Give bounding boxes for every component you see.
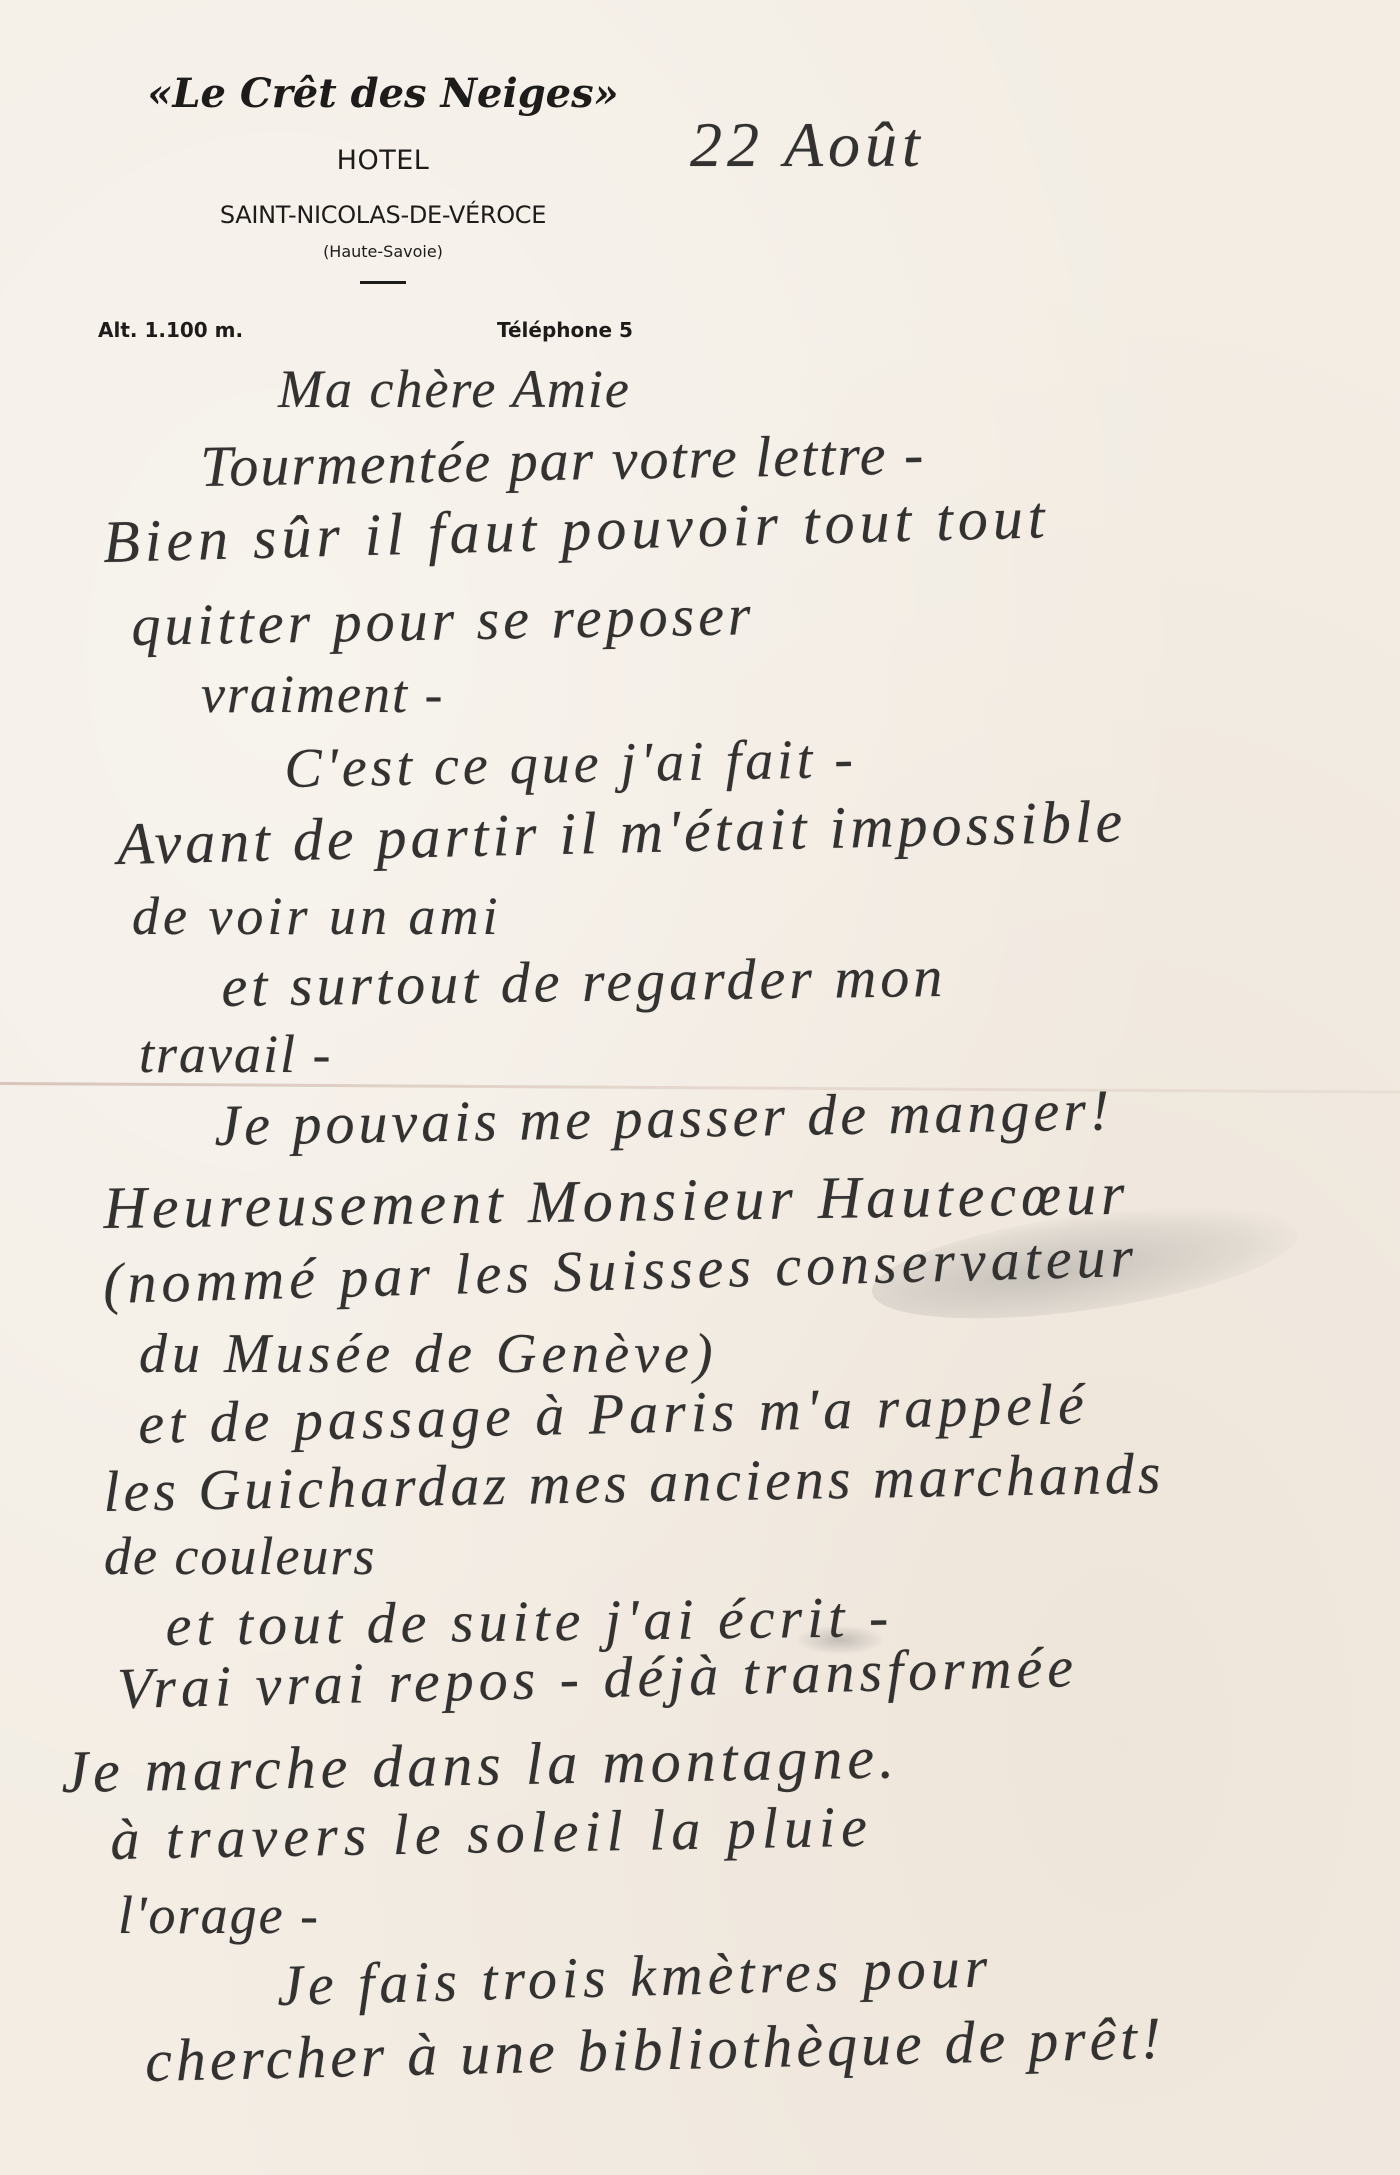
letter-line: l'orage - <box>118 1884 320 1946</box>
letter-line: de voir un ami <box>132 885 501 947</box>
letter-line: Ma chère Amie <box>278 358 631 420</box>
hotel-telephone: Téléphone 5 <box>497 318 633 342</box>
letter-line: à travers le soleil la pluie <box>110 1793 873 1873</box>
hotel-label: HOTEL <box>98 145 668 176</box>
letter-line: et surtout de regarder mon <box>221 943 947 1020</box>
letterhead-divider <box>360 281 406 284</box>
letter-line: Tourmentée par votre lettre - <box>200 420 926 500</box>
hotel-town: SAINT-NICOLAS-DE-VÉROCE <box>98 201 668 229</box>
hotel-altitude: Alt. 1.100 m. <box>98 318 243 342</box>
letter-date: 22 Août <box>690 108 925 182</box>
letter-line: de couleurs <box>104 1525 376 1587</box>
letter-line: C'est ce que j'ai fait - <box>284 727 858 801</box>
hotel-name: «Le Crêt des Neiges» <box>98 70 668 117</box>
hotel-region: (Haute-Savoie) <box>98 242 668 261</box>
letter-line: travail - <box>139 1023 332 1085</box>
letter-line: vraiment - <box>201 663 444 725</box>
letter-line: quitter pour se reposer <box>131 581 755 659</box>
letter-line: du Musée de Genève) <box>139 1322 718 1386</box>
